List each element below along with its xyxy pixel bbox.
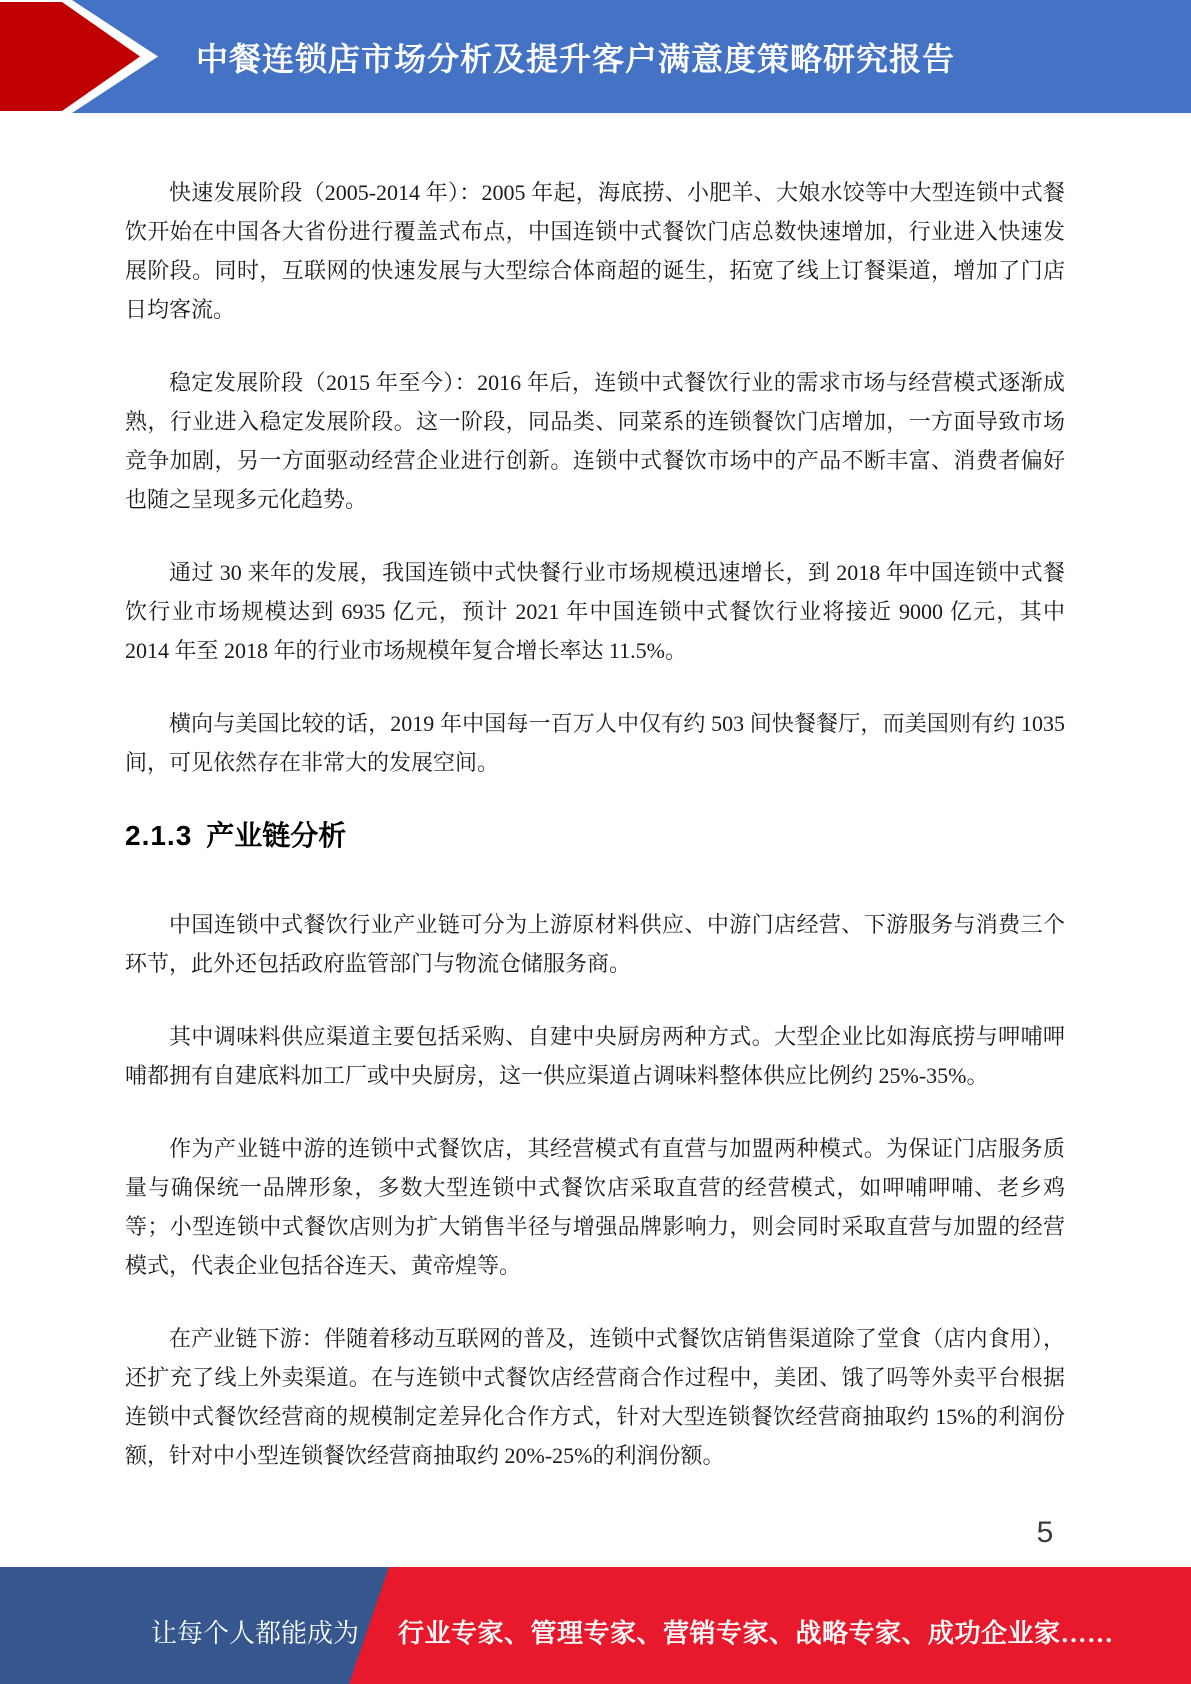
page-number: 5: [1020, 1516, 1070, 1550]
paragraph: 中国连锁中式餐饮行业产业链可分为上游原材料供应、中游门店经营、下游服务与消费三个…: [125, 905, 1065, 983]
paragraph: 横向与美国比较的话，2019 年中国每一百万人中仅有约 503 间快餐餐厅，而美…: [125, 704, 1065, 782]
paragraph: 通过 30 来年的发展，我国连锁中式快餐行业市场规模迅速增长，到 2018 年中…: [125, 553, 1065, 670]
page-footer: 让每个人都能成为 行业专家、管理专家、营销专家、战略专家、成功企业家……: [0, 1567, 1191, 1684]
page-header: 中餐连锁店市场分析及提升客户满意度策略研究报告: [0, 0, 1191, 113]
paragraph: 快速发展阶段（2005-2014 年）：2005 年起，海底捞、小肥羊、大娘水饺…: [125, 173, 1065, 329]
section-number: 2.1.3: [125, 820, 192, 851]
report-page: 中餐连锁店市场分析及提升客户满意度策略研究报告 快速发展阶段（2005-2014…: [0, 0, 1191, 1684]
section-title: 产业链分析: [206, 820, 346, 851]
footer-slogan-right: 行业专家、管理专家、营销专家、战略专家、成功企业家……: [398, 1567, 1114, 1684]
page-title: 中餐连锁店市场分析及提升客户满意度策略研究报告: [0, 0, 1191, 113]
paragraph: 在产业链下游：伴随着移动互联网的普及，连锁中式餐饮店销售渠道除了堂食（店内食用）…: [125, 1319, 1065, 1475]
paragraph: 稳定发展阶段（2015 年至今）：2016 年后，连锁中式餐饮行业的需求市场与经…: [125, 363, 1065, 519]
paragraph: 作为产业链中游的连锁中式餐饮店，其经营模式有直营与加盟两种模式。为保证门店服务质…: [125, 1129, 1065, 1285]
section-heading: 2.1.3产业链分析: [125, 816, 1065, 855]
paragraph: 其中调味料供应渠道主要包括采购、自建中央厨房两种方式。大型企业比如海底捞与呷哺呷…: [125, 1017, 1065, 1095]
footer-slogan-left: 让每个人都能成为: [130, 1567, 380, 1684]
document-body: 快速发展阶段（2005-2014 年）：2005 年起，海底捞、小肥羊、大娘水饺…: [125, 113, 1065, 1509]
